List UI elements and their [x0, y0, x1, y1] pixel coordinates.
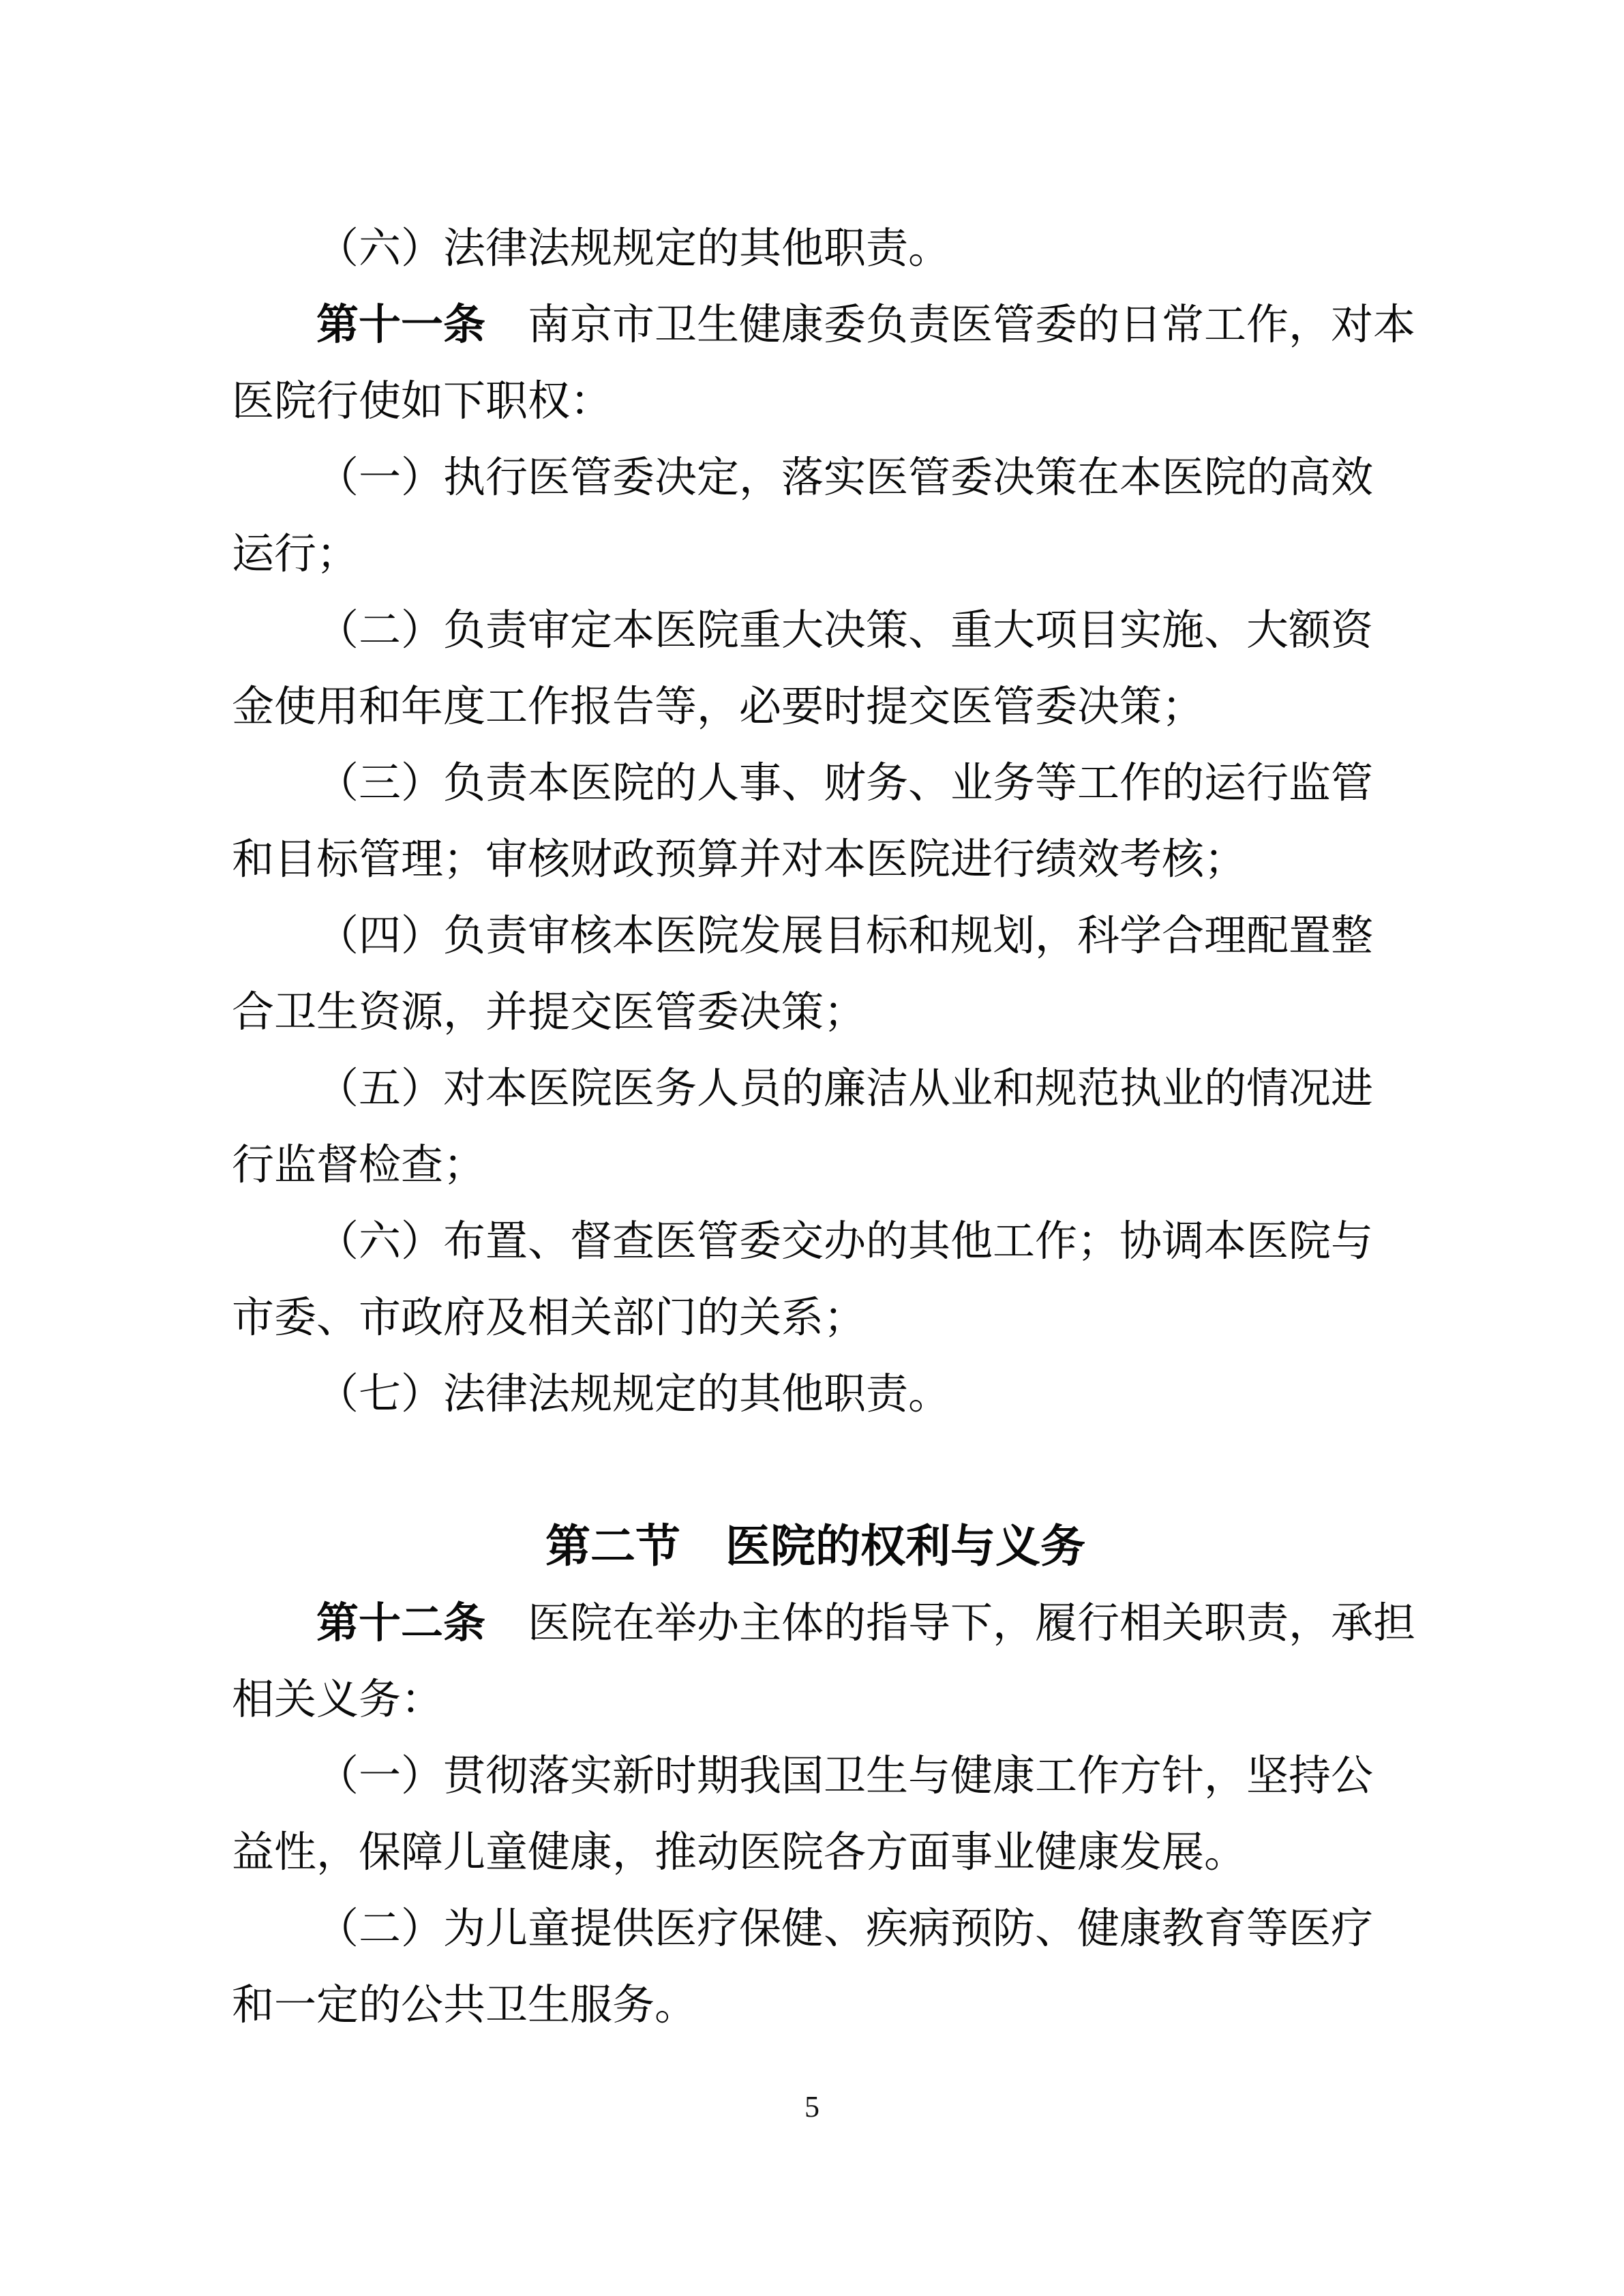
text-line: 和目标管理；审核财政预算并对本医院进行绩效考核；	[232, 822, 1399, 898]
line-text: （四）负责审核本医院发展目标和规划，科学合理配置整	[316, 913, 1373, 959]
line-text: 和一定的公共卫生服务。	[232, 1982, 697, 2029]
line-text: 医院在举办主体的指导下，履行相关职责，承担	[485, 1600, 1415, 1647]
section-heading: 第二节 医院的权利与义务	[232, 1509, 1399, 1585]
text-line: 益性，保障儿童健康，推动医院各方面事业健康发展。	[232, 1815, 1399, 1891]
text-line: 和一定的公共卫生服务。	[232, 1967, 1399, 2044]
text-line: 市委、市政府及相关部门的关系；	[232, 1280, 1399, 1356]
text-line: （二）负责审定本医院重大决策、重大项目实施、大额资	[232, 593, 1399, 669]
text-line: 运行；	[232, 516, 1399, 593]
text-line: 第十二条 医院在举办主体的指导下，履行相关职责，承担	[232, 1585, 1399, 1662]
line-text: （六）布置、督查医管委交办的其他工作；协调本医院与	[316, 1219, 1373, 1265]
line-text: （五）对本医院医务人员的廉洁从业和规范执业的情况进	[316, 1066, 1373, 1112]
text-line: （七）法律法规规定的其他职责。	[232, 1356, 1399, 1433]
text-line: 相关义务：	[232, 1662, 1399, 1738]
section-heading-text: 第二节 医院的权利与义务	[545, 1522, 1085, 1572]
text-line: （二）为儿童提供医疗保健、疾病预防、健康教育等医疗	[232, 1891, 1399, 1967]
line-text: 南京市卫生健康委负责医管委的日常工作，对本	[485, 302, 1415, 348]
text-line: 金使用和年度工作报告等，必要时提交医管委决策；	[232, 669, 1399, 745]
page-number: 5	[0, 2088, 1624, 2126]
text-line: （六）法律法规规定的其他职责。	[232, 211, 1399, 287]
line-text: （一）贯彻落实新时期我国卫生与健康工作方针，坚持公	[316, 1753, 1373, 1800]
line-text: 市委、市政府及相关部门的关系；	[232, 1295, 866, 1341]
line-text: （六）法律法规规定的其他职责。	[316, 226, 950, 272]
line-text: 医院行使如下职权：	[232, 378, 612, 425]
text-line: 医院行使如下职权：	[232, 363, 1399, 440]
line-text: （七）法律法规规定的其他职责。	[316, 1371, 950, 1418]
line-text: 相关义务：	[232, 1677, 443, 1723]
line-text: 和目标管理；审核财政预算并对本医院进行绩效考核；	[232, 837, 1246, 883]
text-line: （一）执行医管委决定，落实医管委决策在本医院的高效	[232, 440, 1399, 516]
line-text: 益性，保障儿童健康，推动医院各方面事业健康发展。	[232, 1830, 1246, 1876]
line-text: 行监督检查；	[232, 1142, 485, 1189]
text-line: （五）对本医院医务人员的廉洁从业和规范执业的情况进	[232, 1051, 1399, 1127]
document-page: （六）法律法规规定的其他职责。 第十一条 南京市卫生健康委负责医管委的日常工作，…	[0, 0, 1624, 2296]
text-line: （一）贯彻落实新时期我国卫生与健康工作方针，坚持公	[232, 1738, 1399, 1815]
text-line: （三）负责本医院的人事、财务、业务等工作的运行监管	[232, 745, 1399, 822]
text-line: 第十一条 南京市卫生健康委负责医管委的日常工作，对本	[232, 287, 1399, 363]
document-body: （六）法律法规规定的其他职责。 第十一条 南京市卫生健康委负责医管委的日常工作，…	[232, 211, 1399, 2044]
blank-line	[232, 1433, 1399, 1509]
text-line: 合卫生资源，并提交医管委决策；	[232, 974, 1399, 1051]
article-number: 第十一条	[316, 301, 485, 348]
text-line: 行监督检查；	[232, 1127, 1399, 1204]
line-text: （三）负责本医院的人事、财务、业务等工作的运行监管	[316, 760, 1373, 807]
text-line: （六）布置、督查医管委交办的其他工作；协调本医院与	[232, 1204, 1399, 1280]
line-text: 合卫生资源，并提交医管委决策；	[232, 989, 866, 1036]
line-text: （二）为儿童提供医疗保健、疾病预防、健康教育等医疗	[316, 1906, 1373, 1952]
line-text: （二）负责审定本医院重大决策、重大项目实施、大额资	[316, 608, 1373, 654]
line-text: 运行；	[232, 531, 359, 578]
line-text: 金使用和年度工作报告等，必要时提交医管委决策；	[232, 684, 1204, 730]
article-number: 第十二条	[316, 1600, 485, 1647]
line-text: （一）执行医管委决定，落实医管委决策在本医院的高效	[316, 455, 1373, 501]
text-line: （四）负责审核本医院发展目标和规划，科学合理配置整	[232, 898, 1399, 974]
